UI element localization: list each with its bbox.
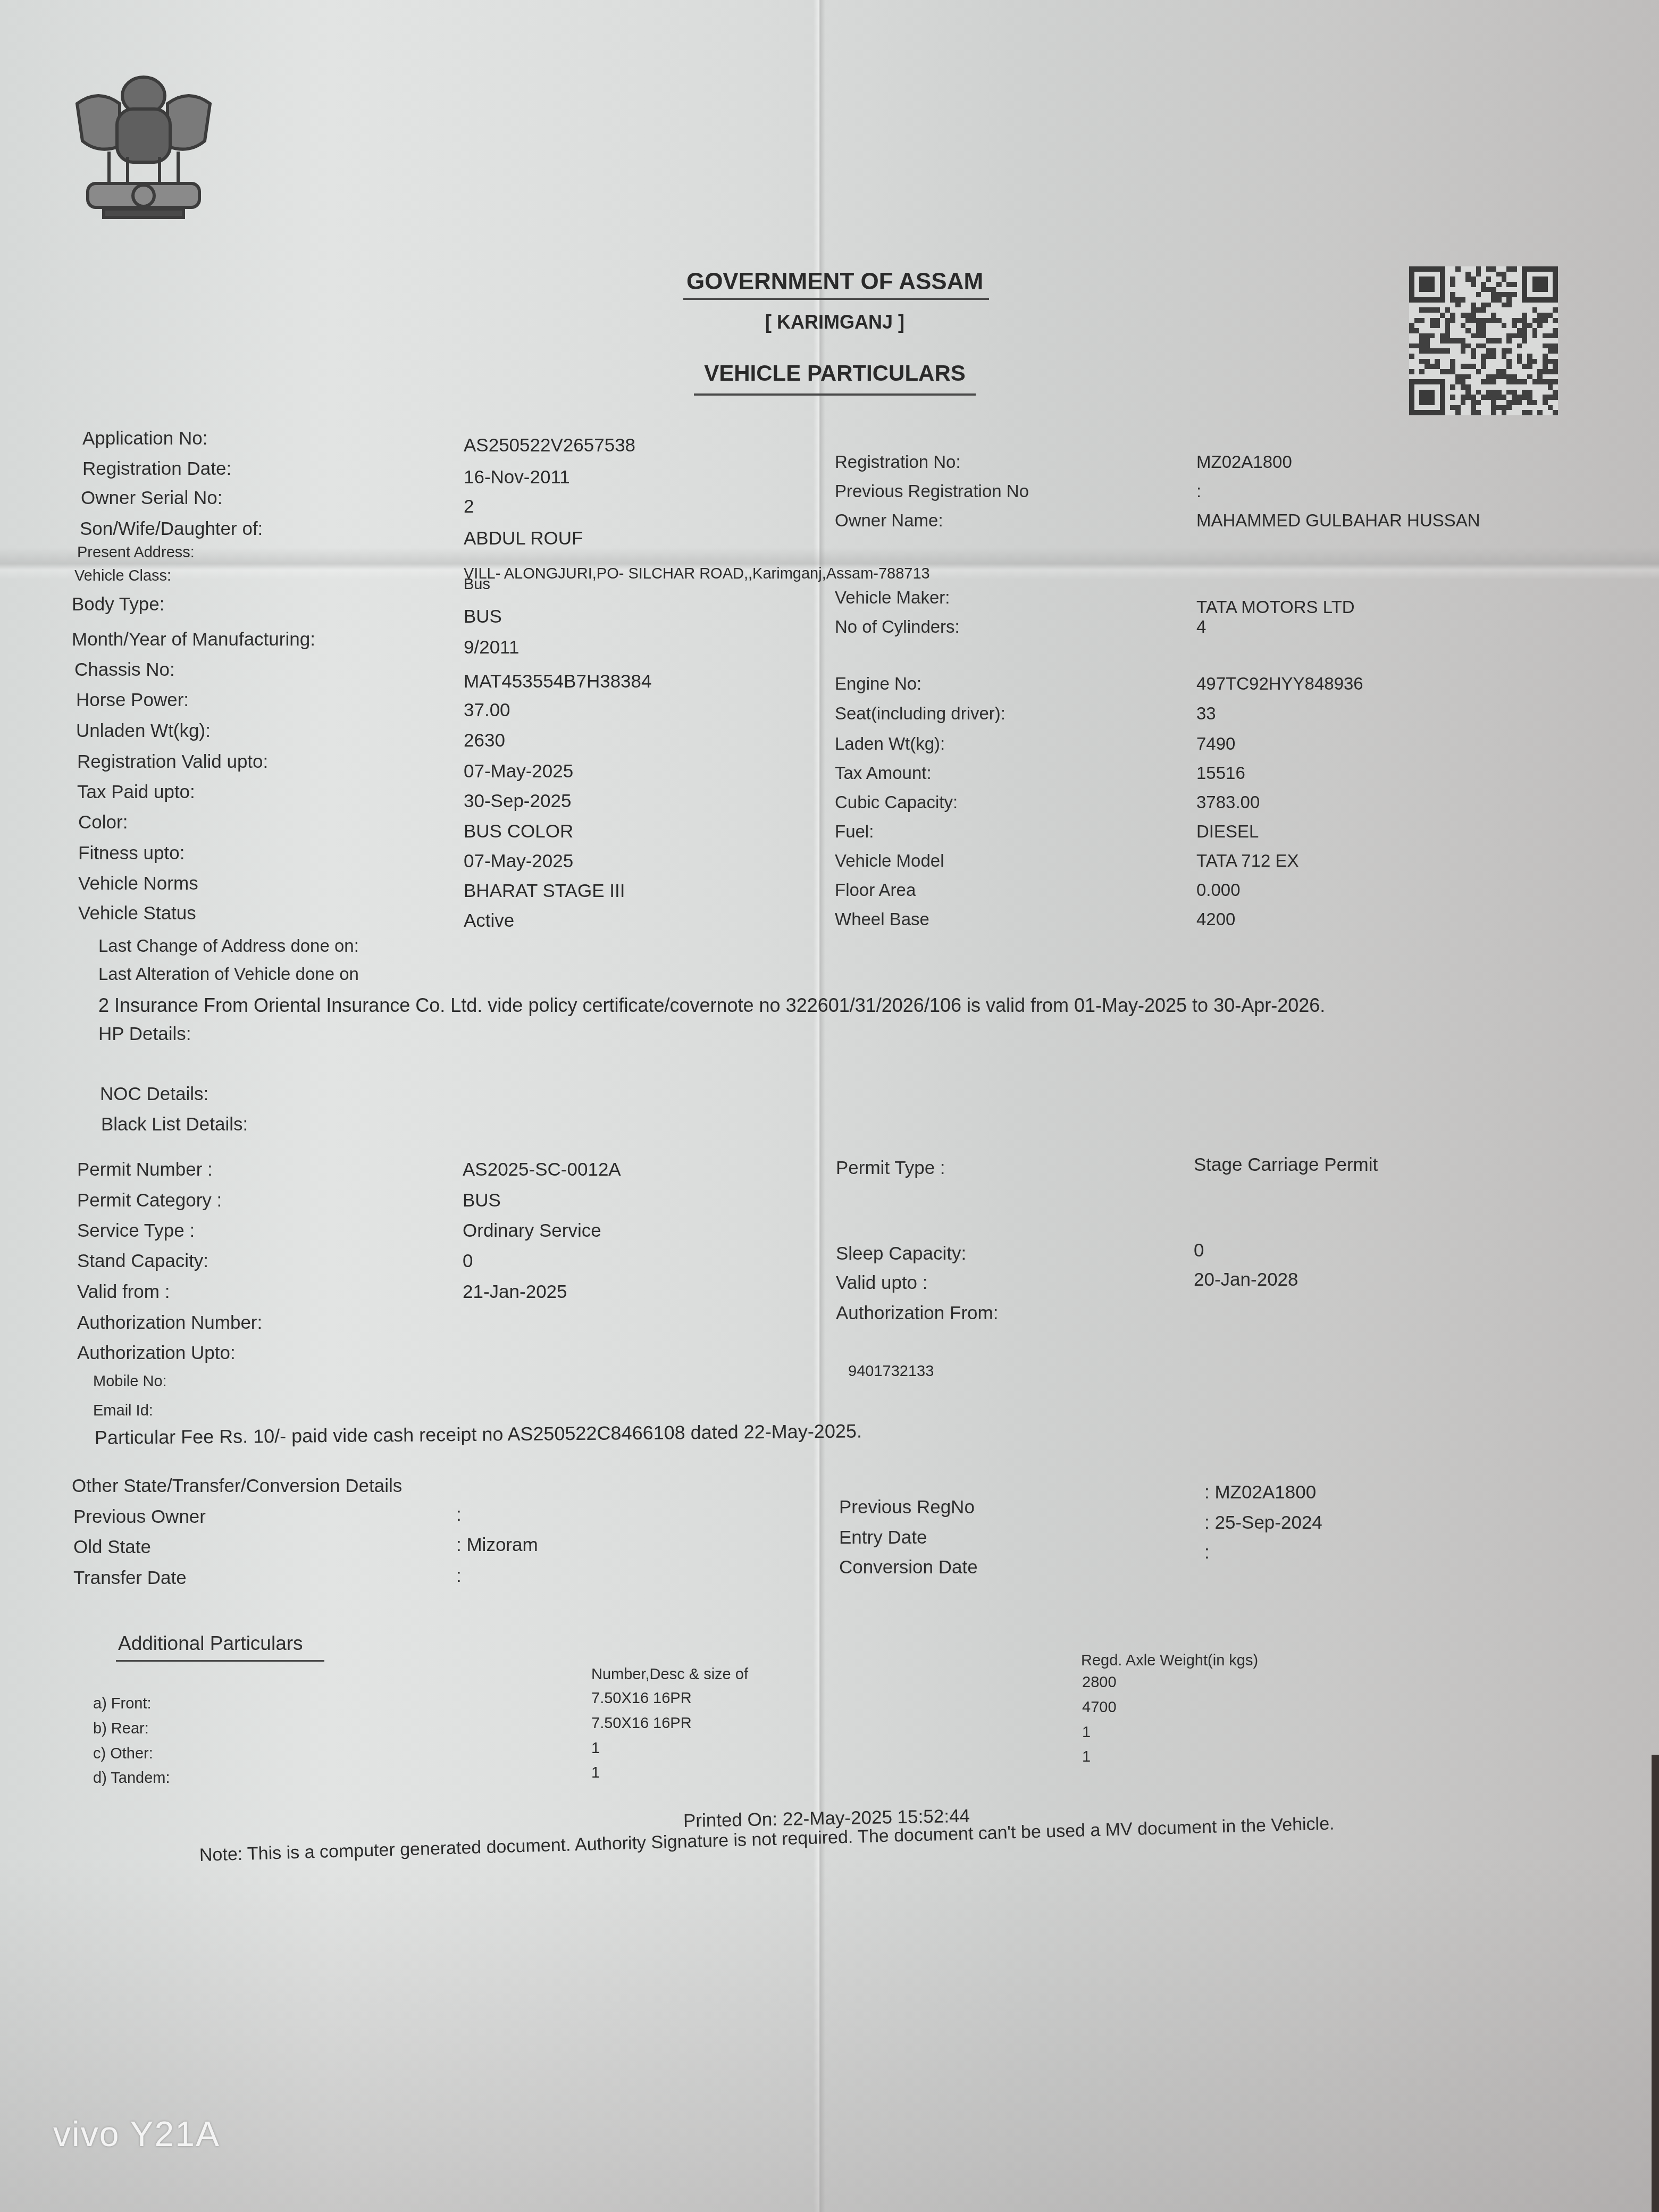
field-label: Valid from : — [77, 1281, 170, 1303]
field-label: Sleep Capacity: — [836, 1243, 966, 1264]
last-address-change-label: Last Change of Address done on: — [98, 936, 359, 956]
field-value: 1 — [591, 1764, 600, 1782]
field-label: b) Rear: — [93, 1720, 149, 1738]
field-value: 4 — [1196, 617, 1206, 637]
field-value: 0 — [463, 1251, 473, 1272]
paper-shadow — [0, 1861, 1659, 2212]
field-value: : MZ02A1800 — [1204, 1482, 1316, 1503]
national-emblem-icon — [66, 66, 221, 226]
field-label: Registration Date: — [82, 458, 231, 480]
field-label: Registration No: — [835, 452, 961, 472]
field-value: 30-Sep-2025 — [464, 791, 571, 812]
field-label: Service Type : — [77, 1220, 195, 1242]
axle-weight: 2800 — [1082, 1674, 1117, 1691]
field-value: : — [456, 1565, 462, 1587]
field-label: Tax Amount: — [835, 763, 932, 783]
field-label: Unladen Wt(kg): — [76, 720, 211, 742]
field-value: AS2025-SC-0012A — [463, 1159, 621, 1180]
qr-code-icon — [1409, 264, 1558, 417]
field-label: Wheel Base — [835, 909, 929, 929]
email-label: Email Id: — [93, 1402, 153, 1420]
field-value: 07-May-2025 — [464, 851, 573, 872]
document-title: VEHICLE PARTICULARS — [681, 361, 989, 386]
field-label: Son/Wife/Daughter of: — [80, 518, 263, 540]
field-value: 497TC92HYY848936 — [1196, 674, 1363, 694]
field-value: : Mizoram — [456, 1535, 538, 1556]
mobile-label: Mobile No: — [93, 1373, 167, 1390]
field-label: Body Type: — [72, 594, 164, 615]
field-label: Fitness upto: — [78, 843, 185, 864]
field-label: a) Front: — [93, 1695, 152, 1713]
insurance-details: 2 Insurance From Oriental Insurance Co. … — [98, 994, 1325, 1017]
field-value: Stage Carriage Permit — [1194, 1154, 1378, 1176]
field-value: 9/2011 — [464, 637, 519, 658]
last-alteration-label: Last Alteration of Vehicle done on — [98, 964, 359, 984]
field-value: 20-Jan-2028 — [1194, 1269, 1298, 1291]
field-value: 15516 — [1196, 763, 1245, 783]
field-value: BUS COLOR — [464, 821, 573, 842]
field-label: d) Tandem: — [93, 1770, 170, 1787]
field-label: Previous RegNo — [839, 1497, 975, 1518]
government-title: GOVERNMENT OF ASSAM — [681, 269, 989, 295]
fee-receipt-text: Particular Fee Rs. 10/- paid vide cash r… — [95, 1420, 862, 1449]
field-value: 37.00 — [464, 700, 510, 721]
field-label: Vehicle Model — [835, 851, 944, 871]
field-label: Horse Power: — [76, 690, 189, 711]
field-label: Transfer Date — [73, 1568, 187, 1589]
field-label: Laden Wt(kg): — [835, 734, 945, 754]
field-label: Month/Year of Manufacturing: — [72, 629, 315, 650]
field-value: 7490 — [1196, 734, 1235, 754]
axle-weight: 1 — [1082, 1724, 1091, 1741]
field-value: Bus — [464, 576, 490, 593]
field-value: ABDUL ROUF — [464, 528, 583, 549]
field-value: VILL- ALONGJURI,PO- SILCHAR ROAD,,Karimg… — [464, 565, 930, 583]
additional-heading: Additional Particulars — [118, 1632, 303, 1655]
field-value: 2630 — [464, 730, 505, 751]
field-value: 21-Jan-2025 — [463, 1281, 567, 1303]
field-label: Vehicle Status — [78, 903, 196, 924]
field-value: MAHAMMED GULBAHAR HUSSAN — [1196, 510, 1480, 531]
field-value: : — [456, 1504, 462, 1526]
camera-watermark: vivo Y21A — [53, 2114, 220, 2154]
field-label: Seat(including driver): — [835, 703, 1006, 724]
field-label: Cubic Capacity: — [835, 792, 958, 812]
field-label: Permit Category : — [77, 1190, 222, 1211]
field-value: 0 — [1194, 1240, 1204, 1261]
field-label: Old State — [73, 1537, 151, 1558]
field-label: Authorization Upto: — [77, 1343, 236, 1364]
additional-underline — [116, 1660, 324, 1662]
field-label: c) Other: — [93, 1745, 153, 1763]
field-value: : — [1196, 481, 1201, 501]
field-value: AS250522V2657538 — [464, 435, 635, 456]
field-value: BUS — [464, 606, 502, 627]
field-label: Vehicle Norms — [78, 873, 198, 894]
tyre-column-header: Number,Desc & size of — [591, 1666, 748, 1683]
field-label: No of Cylinders: — [835, 617, 960, 637]
field-label: Permit Type : — [836, 1158, 945, 1179]
field-value: BUS — [463, 1190, 501, 1211]
field-value: Ordinary Service — [463, 1220, 601, 1242]
field-label: Engine No: — [835, 674, 921, 694]
district-name: [ KARIMGANJ ] — [681, 311, 989, 333]
field-label: Fuel: — [835, 822, 874, 842]
field-label: Valid upto : — [836, 1272, 928, 1294]
field-value: MAT453554B7H38384 — [464, 671, 652, 692]
noc-details-label: NOC Details: — [100, 1084, 208, 1105]
field-label: Previous Owner — [73, 1506, 206, 1528]
field-value: TATA 712 EX — [1196, 851, 1299, 871]
field-value: 07-May-2025 — [464, 761, 573, 782]
field-value: 4200 — [1196, 909, 1235, 929]
doc-title-underline — [694, 393, 976, 396]
field-label: Tax Paid upto: — [77, 782, 195, 803]
field-label: Stand Capacity: — [77, 1251, 208, 1272]
field-value: 0.000 — [1196, 880, 1241, 900]
field-value: 2 — [464, 496, 474, 517]
field-label: Owner Serial No: — [81, 488, 222, 509]
field-value: DIESEL — [1196, 822, 1259, 842]
field-label: Vehicle Class: — [74, 567, 171, 585]
axle-weight: 1 — [1082, 1748, 1091, 1766]
field-value: Active — [464, 910, 514, 932]
field-label: Conversion Date — [839, 1557, 978, 1578]
field-value: 33 — [1196, 703, 1216, 724]
field-label: Authorization From: — [836, 1303, 998, 1324]
axle-weight: 4700 — [1082, 1699, 1117, 1716]
transfer-heading: Other State/Transfer/Conversion Details — [72, 1476, 402, 1497]
title-underline — [683, 298, 989, 300]
mobile-number: 9401732133 — [848, 1363, 934, 1380]
field-label: Present Address: — [77, 544, 195, 562]
field-label: Permit Number : — [77, 1159, 213, 1180]
field-label: Registration Valid upto: — [77, 751, 268, 773]
axle-column-header: Regd. Axle Weight(in kgs) — [1081, 1652, 1258, 1670]
field-value: 3783.00 — [1196, 792, 1260, 812]
field-label: Entry Date — [839, 1527, 927, 1548]
field-value: BHARAT STAGE III — [464, 881, 625, 902]
field-label: Authorization Number: — [77, 1312, 262, 1334]
background-edge — [1652, 1755, 1659, 2212]
field-label: Previous Registration No — [835, 481, 1029, 501]
field-value: MZ02A1800 — [1196, 452, 1292, 472]
field-label: Floor Area — [835, 880, 916, 900]
field-value: 7.50X16 16PR — [591, 1690, 692, 1707]
field-value: : 25-Sep-2024 — [1204, 1512, 1322, 1534]
field-value: 16-Nov-2011 — [464, 467, 570, 488]
field-label: Vehicle Maker: — [835, 588, 950, 608]
blacklist-details-label: Black List Details: — [101, 1114, 248, 1135]
field-label: Chassis No: — [74, 659, 175, 681]
field-label: Color: — [78, 812, 128, 833]
field-value: : — [1204, 1542, 1210, 1563]
field-value: 1 — [591, 1740, 600, 1757]
field-value: TATA MOTORS LTD — [1196, 597, 1355, 617]
field-label: Application No: — [82, 428, 207, 449]
field-value: 7.50X16 16PR — [591, 1715, 692, 1732]
field-label: Owner Name: — [835, 510, 943, 531]
hp-details-label: HP Details: — [98, 1024, 191, 1045]
